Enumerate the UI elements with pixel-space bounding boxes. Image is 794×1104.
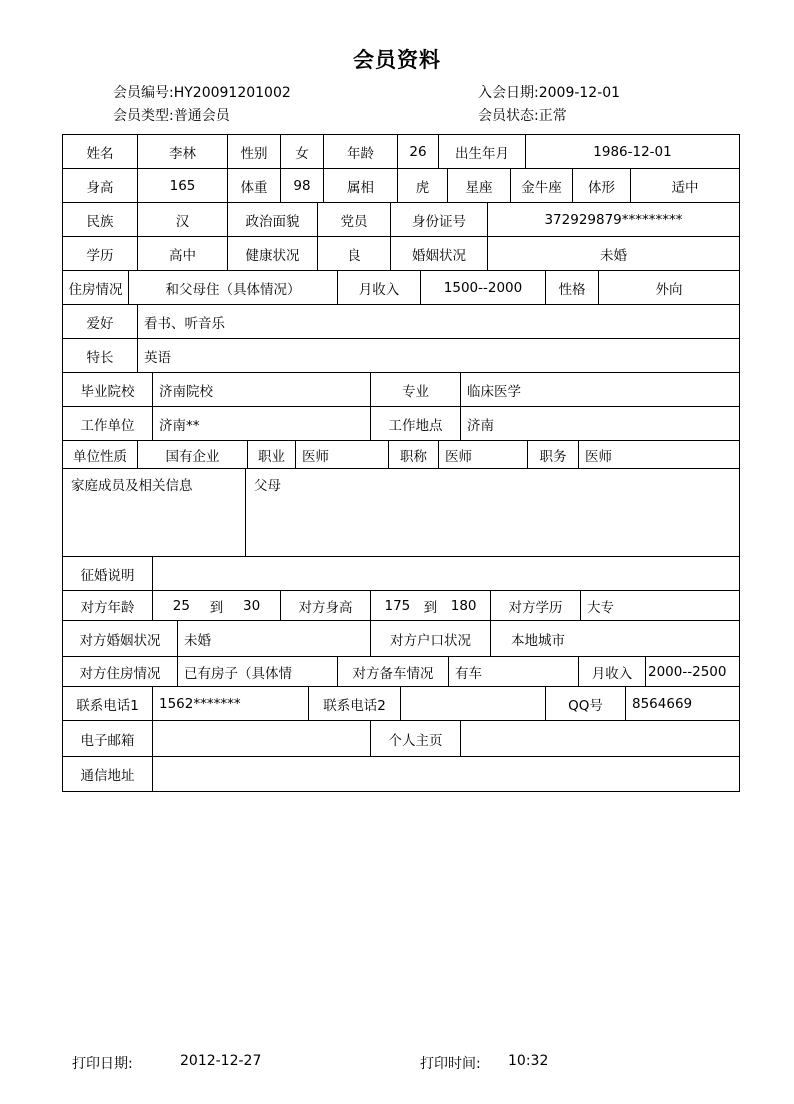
table-row: 工作单位 济南** 工作地点 济南 [63,407,739,441]
table-row: 住房情况 和父母住（具体情况） 月收入 1500--2000 性格 外向 [63,271,739,305]
homepage-value [461,721,739,756]
age-value: 26 [398,135,439,168]
table-row: 通信地址 [63,757,739,791]
zodiac-label: 属相 [324,169,398,202]
education-value: 高中 [138,237,228,270]
partner-housing-label: 对方住房情况 [63,657,178,686]
personality-value: 外向 [599,271,739,304]
marriage-note-label: 征婚说明 [63,557,153,590]
table-row: 对方住房情况 已有房子（具体情 对方备车情况 有车 月收入 2000--2500 [63,657,739,687]
personality-label: 性格 [546,271,599,304]
table-row: 身高 165 体重 98 属相 虎 星座 金牛座 体形 适中 [63,169,739,203]
table-row: 姓名 李林 性别 女 年龄 26 出生年月 1986-12-01 [63,135,739,169]
gender-value: 女 [281,135,324,168]
marriage-note-value [153,557,739,590]
ethnicity-value: 汉 [138,203,228,236]
address-label: 通信地址 [63,757,153,791]
weight-label: 体重 [228,169,281,202]
body-type-label: 体形 [573,169,631,202]
table-row: 民族 汉 政治面貌 党员 身份证号 372929879********* [63,203,739,237]
email-label: 电子邮箱 [63,721,153,756]
member-type-line: 会员类型:普通会员 [113,105,230,125]
join-date-value: 2009-12-01 [539,85,620,101]
position-label: 职务 [528,441,579,468]
qq-label: QQ号 [546,687,626,720]
table-row: 联系电话1 1562******* 联系电话2 QQ号 8564669 [63,687,739,721]
partner-car-label: 对方备车情况 [338,657,449,686]
major-label: 专业 [371,373,461,406]
to-label: 到 [424,596,438,616]
partner-hukou-value: 本地城市 [491,621,739,656]
member-status-line: 会员状态:正常 [478,105,567,125]
table-row: 对方婚姻状况 未婚 对方户口状况 本地城市 [63,621,739,657]
income-label: 月收入 [338,271,421,304]
homepage-label: 个人主页 [371,721,461,756]
address-value [153,757,739,791]
to-label: 到 [210,596,224,616]
employer-type-label: 单位性质 [63,441,138,468]
table-row: 毕业院校 济南院校 专业 临床医学 [63,373,739,407]
join-date-label: 入会日期: [478,85,539,101]
family-value: 父母 [246,469,739,556]
housing-label: 住房情况 [63,271,129,304]
education-label: 学历 [63,237,138,270]
body-type-value: 适中 [631,169,739,202]
partner-income-value: 2000--2500 [646,657,739,686]
table-row: 学历 高中 健康状况 良 婚姻状况 未婚 [63,237,739,271]
partner-height-range: 175 到 180 [371,591,491,620]
employer-value: 济南** [153,407,371,440]
table-row: 电子邮箱 个人主页 [63,721,739,757]
id-number-label: 身份证号 [391,203,488,236]
family-label: 家庭成员及相关信息 [63,469,246,556]
name-value: 李林 [138,135,228,168]
major-value: 临床医学 [461,373,739,406]
member-form-table: 姓名 李林 性别 女 年龄 26 出生年月 1986-12-01 身高 165 … [62,134,740,792]
partner-marital-value: 未婚 [178,621,371,656]
specialty-value: 英语 [138,339,739,372]
table-row: 征婚说明 [63,557,739,591]
weight-value: 98 [281,169,324,202]
partner-marital-label: 对方婚姻状况 [63,621,178,656]
phone1-label: 联系电话1 [63,687,153,720]
table-row: 单位性质 国有企业 职业 医师 职称 医师 职务 医师 [63,441,739,469]
health-label: 健康状况 [228,237,318,270]
position-value: 医师 [579,441,739,468]
partner-hukou-label: 对方户口状况 [371,621,491,656]
name-label: 姓名 [63,135,138,168]
job-title-label: 职称 [389,441,439,468]
employer-type-value: 国有企业 [138,441,248,468]
housing-value: 和父母住（具体情况） [129,271,338,304]
constellation-value: 金牛座 [511,169,573,202]
income-value: 1500--2000 [421,271,546,304]
job-title-value: 医师 [439,441,528,468]
partner-age-to: 30 [243,598,260,614]
age-label: 年龄 [324,135,398,168]
occupation-value: 医师 [296,441,389,468]
print-date-value: 2012-12-27 [180,1053,261,1069]
work-place-label: 工作地点 [371,407,461,440]
member-no-value: HY20091201002 [174,85,291,101]
phone2-value [401,687,546,720]
join-date-line: 入会日期:2009-12-01 [478,82,620,102]
id-number-value: 372929879********* [488,203,739,236]
occupation-label: 职业 [248,441,296,468]
partner-height-from: 175 [384,598,410,614]
partner-housing-value: 已有房子（具体情 [178,657,338,686]
partner-height-to: 180 [451,598,477,614]
health-value: 良 [318,237,391,270]
partner-age-label: 对方年龄 [63,591,153,620]
partner-edu-value: 大专 [581,591,739,620]
hobby-value: 看书、听音乐 [138,305,739,338]
partner-edu-label: 对方学历 [491,591,581,620]
birth-label: 出生年月 [439,135,526,168]
print-time-label: 打印时间: [420,1053,481,1073]
print-time-value: 10:32 [508,1053,548,1069]
member-status-label: 会员状态: [478,108,539,124]
partner-car-value: 有车 [449,657,579,686]
school-label: 毕业院校 [63,373,153,406]
work-place-value: 济南 [461,407,739,440]
partner-age-from: 25 [173,598,190,614]
height-label: 身高 [63,169,138,202]
member-status-value: 正常 [539,108,567,124]
phone1-value: 1562******* [153,687,309,720]
zodiac-value: 虎 [398,169,448,202]
phone2-label: 联系电话2 [309,687,401,720]
member-profile-document: 会员资料 会员编号:HY20091201002 入会日期:2009-12-01 … [0,0,794,1104]
partner-height-label: 对方身高 [281,591,371,620]
height-value: 165 [138,169,228,202]
constellation-label: 星座 [448,169,511,202]
marital-value: 未婚 [488,237,739,270]
member-type-label: 会员类型: [113,108,174,124]
hobby-label: 爱好 [63,305,138,338]
page-title: 会员资料 [0,44,794,74]
table-row: 家庭成员及相关信息 父母 [63,469,739,557]
qq-value: 8564669 [626,687,739,720]
political-value: 党员 [318,203,391,236]
specialty-label: 特长 [63,339,138,372]
member-no-line: 会员编号:HY20091201002 [113,82,291,102]
email-value [153,721,371,756]
partner-age-range: 25 到 30 [153,591,281,620]
table-row: 爱好 看书、听音乐 [63,305,739,339]
school-value: 济南院校 [153,373,371,406]
gender-label: 性别 [228,135,281,168]
member-no-label: 会员编号: [113,85,174,101]
birth-value: 1986-12-01 [526,135,739,168]
table-row: 特长 英语 [63,339,739,373]
ethnicity-label: 民族 [63,203,138,236]
political-label: 政治面貌 [228,203,318,236]
print-date-label: 打印日期: [72,1053,133,1073]
table-row: 对方年龄 25 到 30 对方身高 175 到 180 对方学历 大专 [63,591,739,621]
employer-label: 工作单位 [63,407,153,440]
member-type-value: 普通会员 [174,108,230,124]
partner-income-label: 月收入 [579,657,646,686]
marital-label: 婚姻状况 [391,237,488,270]
